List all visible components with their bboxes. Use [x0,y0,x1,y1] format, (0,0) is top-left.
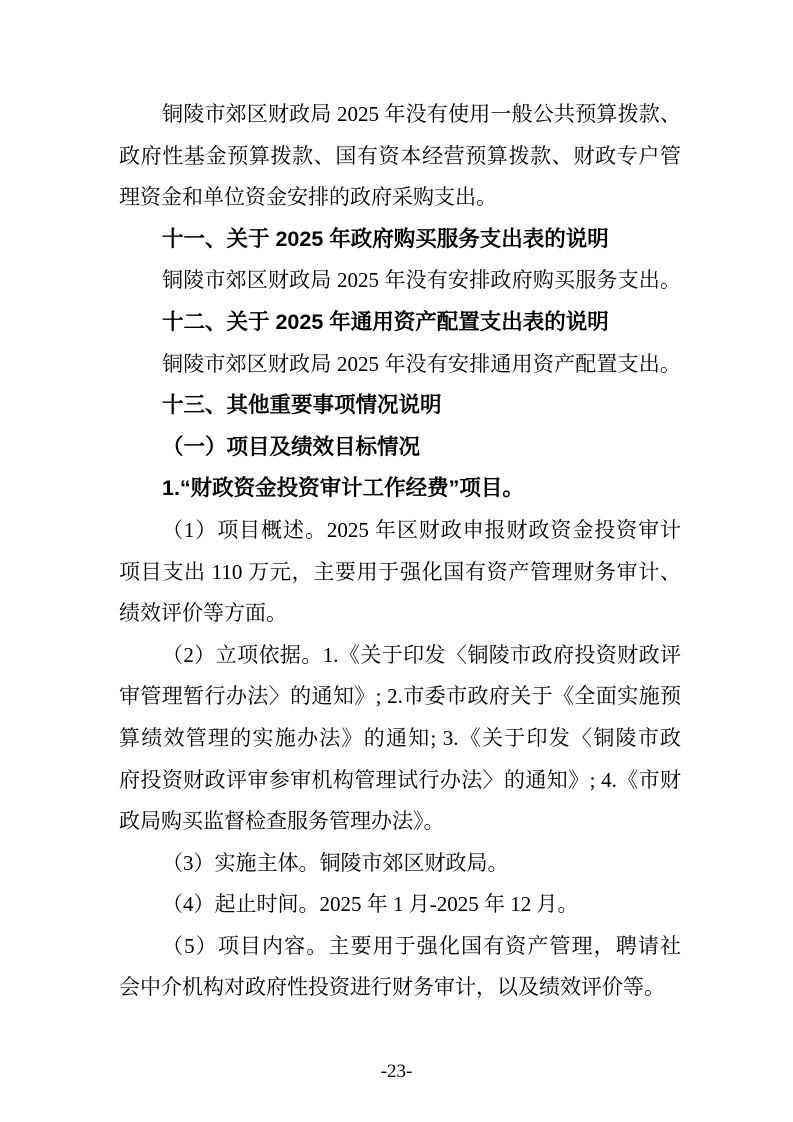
paragraph: 铜陵市郊区财政局 2025 年没有安排政府购买服务支出。 [119,260,681,302]
text-line: 理资金和单位资金安排的政府采购支出。 [119,177,681,219]
project-heading-1: 1.“财政资金投资审计工作经费”项目。 [119,468,681,510]
document-body: 铜陵市郊区财政局 2025 年没有使用一般公共预算拨款、 政府性基金预算拨款、国… [119,0,681,1009]
text-line: 绩效评价等方面。 [119,593,681,635]
text-line: （4）起止时间。2025 年 1 月-2025 年 12 月。 [119,884,681,926]
text-line: 审管理暂行办法〉的通知》; 2.市委市政府关于《全面实施预 [119,676,681,718]
text-line: （3）实施主体。铜陵市郊区财政局。 [119,843,681,885]
paragraph: （4）起止时间。2025 年 1 月-2025 年 12 月。 [119,884,681,926]
paragraph: 铜陵市郊区财政局 2025 年没有安排通用资产配置支出。 [119,344,681,386]
subsection-heading-1: （一）项目及绩效目标情况 [119,427,681,469]
paragraph: （3）实施主体。铜陵市郊区财政局。 [119,843,681,885]
document-page: 铜陵市郊区财政局 2025 年没有使用一般公共预算拨款、 政府性基金预算拨款、国… [0,0,793,1122]
text-line: （5）项目内容。主要用于强化国有资产管理，聘请社 [119,926,681,968]
text-line: 铜陵市郊区财政局 2025 年没有安排政府购买服务支出。 [119,260,681,302]
text-line: 府投资财政评审参审机构管理试行办法〉的通知》; 4.《市财 [119,760,681,802]
text-line: 会中介机构对政府性投资进行财务审计，以及绩效评价等。 [119,967,681,1009]
section-heading-12: 十二、关于 2025 年通用资产配置支出表的说明 [119,302,681,344]
text-line: 项目支出 110 万元，主要用于强化国有资产管理财务审计、 [119,552,681,594]
paragraph: （5）项目内容。主要用于强化国有资产管理，聘请社 会中介机构对政府性投资进行财务… [119,926,681,1009]
section-heading-11: 十一、关于 2025 年政府购买服务支出表的说明 [119,219,681,261]
paragraph: 铜陵市郊区财政局 2025 年没有使用一般公共预算拨款、 政府性基金预算拨款、国… [119,94,681,219]
page-number: -23- [0,1061,793,1083]
section-heading-13: 十三、其他重要事项情况说明 [119,385,681,427]
text-line: 铜陵市郊区财政局 2025 年没有使用一般公共预算拨款、 [119,94,681,136]
text-line: （1）项目概述。2025 年区财政申报财政资金投资审计 [119,510,681,552]
paragraph: （2）立项依据。1.《关于印发〈铜陵市政府投资财政评 审管理暂行办法〉的通知》;… [119,635,681,843]
text-line: 算绩效管理的实施办法》的通知; 3.《关于印发〈铜陵市政 [119,718,681,760]
text-line: 政府性基金预算拨款、国有资本经营预算拨款、财政专户管 [119,136,681,178]
text-line: （2）立项依据。1.《关于印发〈铜陵市政府投资财政评 [119,635,681,677]
paragraph: （1）项目概述。2025 年区财政申报财政资金投资审计 项目支出 110 万元，… [119,510,681,635]
text-line: 铜陵市郊区财政局 2025 年没有安排通用资产配置支出。 [119,344,681,386]
text-line: 政局购买监督检查服务管理办法》。 [119,801,681,843]
